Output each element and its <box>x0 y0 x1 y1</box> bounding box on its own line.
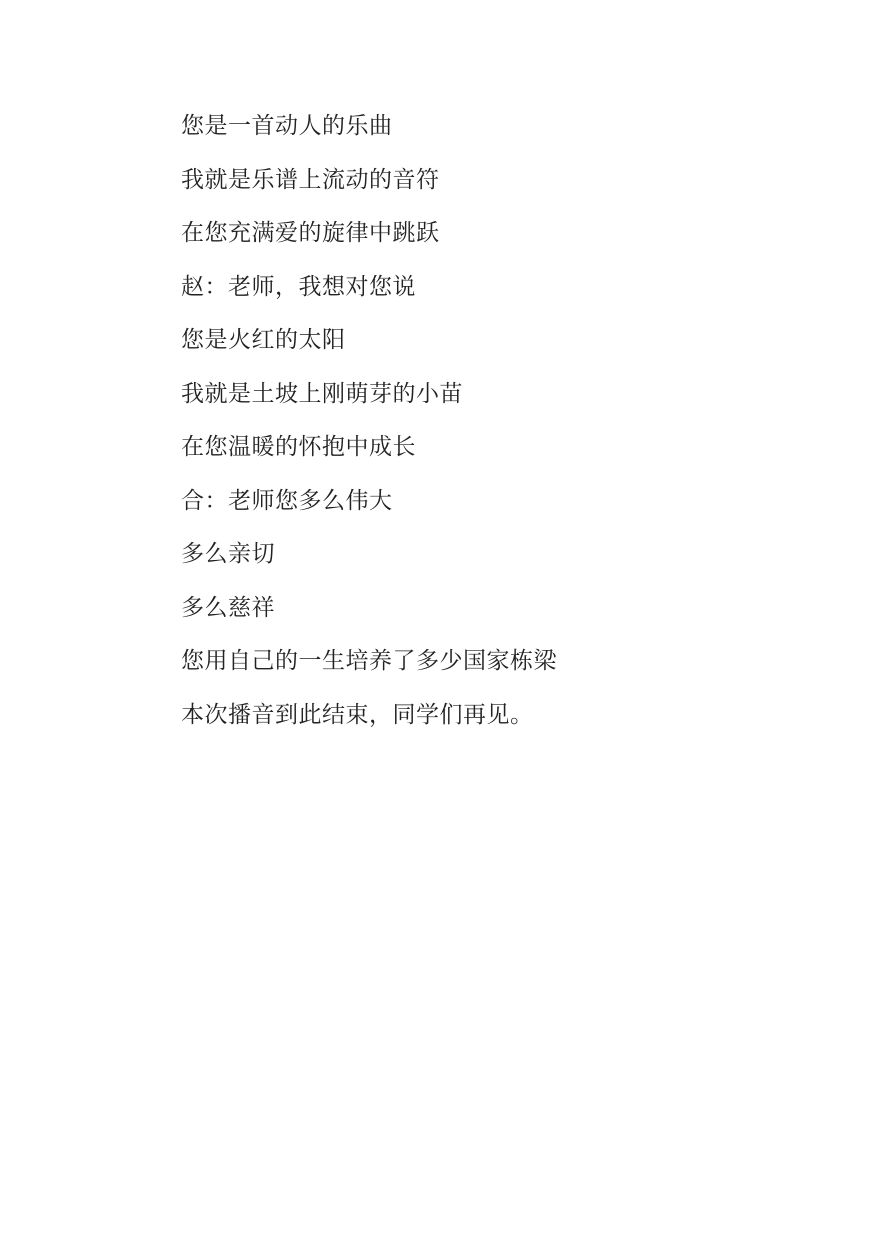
script-line: 多么慈祥 <box>181 596 824 620</box>
script-line: 我就是土坡上刚萌芽的小苗 <box>181 382 824 406</box>
document-body: 您是一首动人的乐曲 我就是乐谱上流动的音符 在您充满爱的旋律中跳跃 赵：老师，我… <box>181 114 824 756</box>
script-line: 我就是乐谱上流动的音符 <box>181 168 824 192</box>
script-line: 合：老师您多么伟大 <box>181 489 824 513</box>
script-line: 多么亲切 <box>181 542 824 566</box>
script-line: 您用自己的一生培养了多少国家栋梁 <box>181 649 824 673</box>
script-line: 您是一首动人的乐曲 <box>181 114 824 138</box>
script-line: 赵：老师，我想对您说 <box>181 275 824 299</box>
script-line: 您是火红的太阳 <box>181 328 824 352</box>
script-line: 在您充满爱的旋律中跳跃 <box>181 221 824 245</box>
document-page: 您是一首动人的乐曲 我就是乐谱上流动的音符 在您充满爱的旋律中跳跃 赵：老师，我… <box>0 0 884 1250</box>
script-line: 本次播音到此结束，同学们再见。 <box>181 703 824 727</box>
script-line: 在您温暖的怀抱中成长 <box>181 435 824 459</box>
